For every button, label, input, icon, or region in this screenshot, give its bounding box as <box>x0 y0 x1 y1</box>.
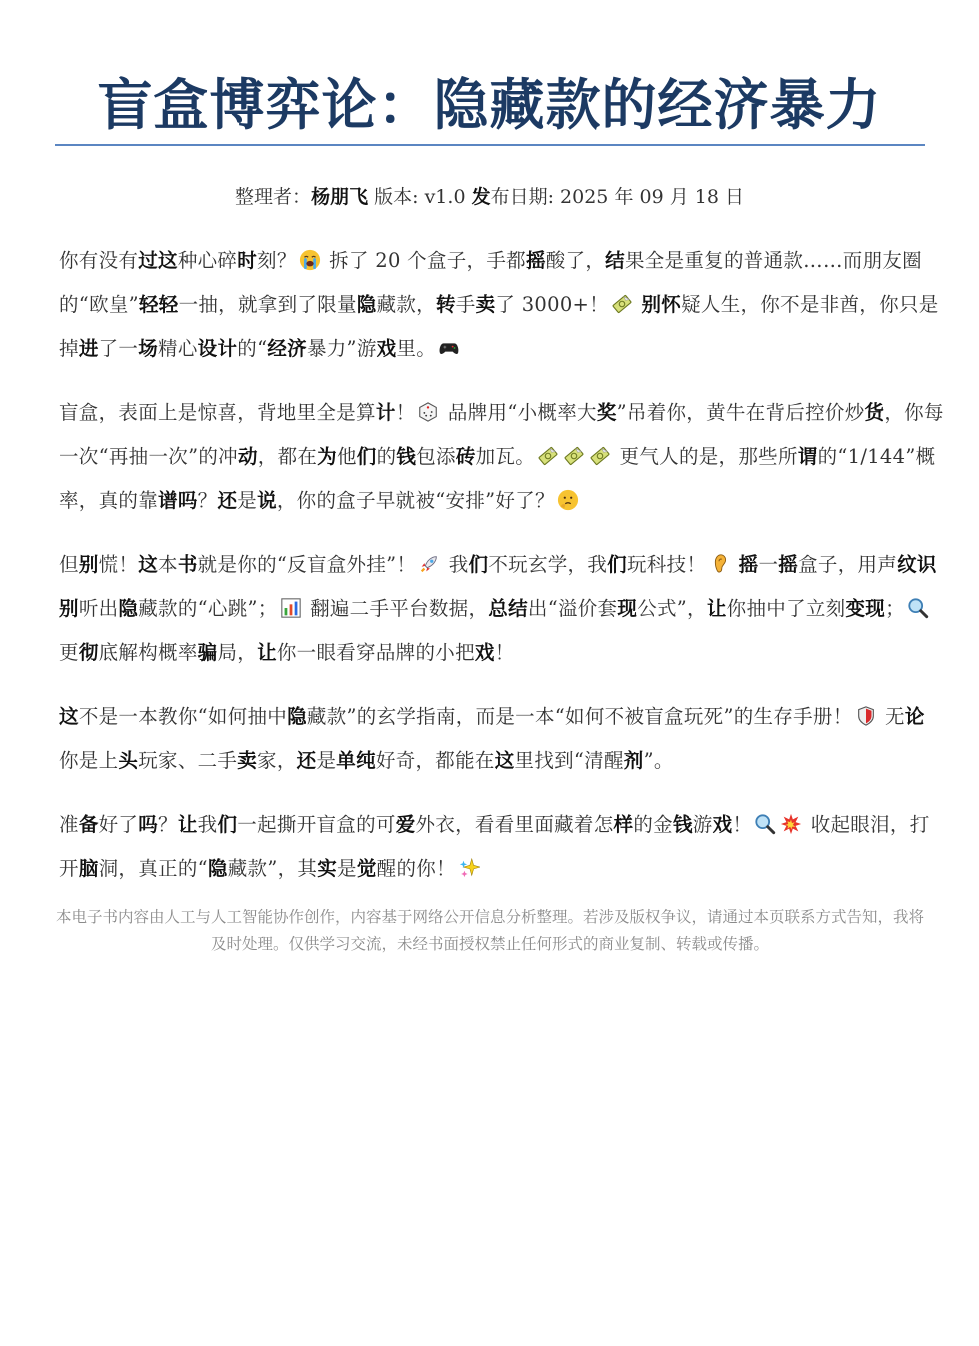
emphasis-text: 时 <box>237 249 257 272</box>
body-text-run: 加瓦。 <box>476 445 535 468</box>
emphasis-text: 别 <box>79 553 99 576</box>
body-text-run: 你一眼看穿品牌的小把 <box>277 641 475 664</box>
emphasis-text: 实 <box>317 857 337 880</box>
body-text-run: 品牌用“小概率大 <box>441 401 596 424</box>
body-text-run: ！ <box>396 401 416 424</box>
paragraph: 这不是一本教你“如何抽中隐藏款”的玄学指南，而是一本“如何不被盲盒玩死”的生存手… <box>59 695 944 783</box>
money-with-wings-icon <box>537 445 559 467</box>
emphasis-text: 备 <box>79 813 99 836</box>
emphasis-text: 这 <box>59 705 79 728</box>
emphasis-text: 货 <box>865 401 885 424</box>
body-text-run: 好了 <box>99 813 139 836</box>
body-text-run: 你是上 <box>59 749 118 772</box>
emphasis-text: 转 <box>436 293 456 316</box>
body-text-run: 玩科技！ <box>627 553 706 576</box>
publish-date: 2025 年 09 月 18 日 <box>560 186 744 208</box>
body-text-run: 但 <box>59 553 79 576</box>
body-text-run: 里。 <box>396 337 436 360</box>
body-text-run: 公式”， <box>637 597 707 620</box>
emphasis-text: 说 <box>257 489 277 512</box>
body-text-run: 精心 <box>158 337 198 360</box>
body-text-run: 拆了 20 个盒子，手都 <box>323 249 526 272</box>
emphasis-text: 骗 <box>198 641 218 664</box>
emphasis-text: 还 <box>217 489 237 512</box>
body-text-run: 种心碎 <box>178 249 237 272</box>
body-text-run: 我 <box>442 553 468 576</box>
emphasis-text: 书 <box>178 553 198 576</box>
body-text-run: 一抽，就拿到了限量 <box>179 293 357 316</box>
paragraph: 盲盒，表面上是惊喜，背地里全是算计！ 品牌用“小概率大奖”吊着你，黄牛在背后控价… <box>59 391 944 523</box>
body-text-run: 盲盒，表面上是惊喜，背地里全是算 <box>59 401 376 424</box>
ear-icon <box>708 553 730 575</box>
emphasis-text: 进 <box>79 337 99 360</box>
emphasis-text: 样 <box>614 813 634 836</box>
body-text-run: ”。 <box>644 749 674 772</box>
body-text-run: 一 <box>758 553 778 576</box>
body-text-run: 更 <box>59 641 79 664</box>
emphasis-text: 吗 <box>138 813 158 836</box>
emphasis-text: 轻轻 <box>139 293 179 316</box>
body-text-run: 是 <box>337 857 357 880</box>
emphasis-text: 过这 <box>138 249 178 272</box>
emphasis-text: 这 <box>138 553 158 576</box>
emphasis-text: 让 <box>257 641 277 664</box>
body-text-run: ！ <box>495 641 515 664</box>
body-text-run: 我 <box>198 813 218 836</box>
body-text-run: 就是你的“反盲盒外挂”！ <box>198 553 417 576</box>
collision-icon <box>780 813 802 835</box>
body-text-run: 慌！ <box>99 553 139 576</box>
magnifying-glass-icon <box>754 813 776 835</box>
emphasis-text: 这 <box>495 749 515 772</box>
body-text-run: 家， <box>257 749 297 772</box>
paragraph: 但别慌！这本书就是你的“反盲盒外挂”！ 我们不玩玄学，我们玩科技！ 摇一摇盒子，… <box>59 543 944 675</box>
body-text-run: 游 <box>693 813 713 836</box>
shield-icon <box>855 705 877 727</box>
bar-chart-icon <box>280 597 302 619</box>
body-text-run: 好奇，都能在 <box>376 749 495 772</box>
body-text-run: 出“溢价套 <box>528 597 617 620</box>
rocket-icon <box>418 553 440 575</box>
emphasis-text: 觉 <box>357 857 377 880</box>
body-text-run: 你抽中了立刻 <box>727 597 846 620</box>
emphasis-text: 摇 <box>778 553 798 576</box>
document-page: 盲盒博弈论：隐藏款的经济暴力 整理者：杨朋飞 版本: v1.0 发布日期: 20… <box>0 0 979 1346</box>
emphasis-text: 卖 <box>237 749 257 772</box>
emphasis-text: 钱 <box>396 445 416 468</box>
paragraph: 准备好了吗？让我们一起撕开盲盒的可爱外衣，看看里面藏着怎样的金钱游戏！ 收起眼泪… <box>59 803 944 891</box>
emphasis-text: 摇 <box>739 553 759 576</box>
thinking-face-icon <box>557 489 579 511</box>
page-title: 盲盒博弈论：隐藏款的经济暴力 <box>0 66 979 144</box>
emphasis-text: 彻 <box>79 641 99 664</box>
body-text-run: 不玩玄学，我 <box>488 553 607 576</box>
emphasis-text: 钱 <box>673 813 693 836</box>
document-meta: 整理者：杨朋飞 版本: v1.0 发布日期: 2025 年 09 月 18 日 <box>0 183 979 211</box>
emphasis-text: 设计 <box>198 337 238 360</box>
emphasis-text: 们 <box>217 813 237 836</box>
body-text-run: 的 <box>377 445 397 468</box>
emphasis-text: 谓 <box>798 445 818 468</box>
body-text-run: 准 <box>59 813 79 836</box>
body-text-run: 了 3000+！ <box>495 293 609 316</box>
emphasis-text: 结 <box>605 249 625 272</box>
emphasis-text: 现 <box>617 597 637 620</box>
magnifying-glass-icon <box>907 597 929 619</box>
body-text-run: 他 <box>337 445 357 468</box>
emphasis-text: 让 <box>178 813 198 836</box>
organizer-name: 杨朋飞 <box>311 186 368 208</box>
body-text-run: 的金 <box>633 813 673 836</box>
emphasis-text: 变现 <box>845 597 885 620</box>
version-label: 版本: <box>374 186 418 208</box>
body-text-run: 本 <box>158 553 178 576</box>
body-text-run: 里找到“清醒 <box>515 749 624 772</box>
sparkles-icon <box>458 857 480 879</box>
emphasis-text: 为 <box>317 445 337 468</box>
emphasis-text: 戏 <box>475 641 495 664</box>
body-text-run: ”吊着你，黄牛在背后控价炒 <box>617 401 865 424</box>
body-text-run: 外衣，看看里面藏着怎 <box>416 813 614 836</box>
body-text-run: ？ <box>158 813 178 836</box>
emphasis-text: 头 <box>118 749 138 772</box>
money-with-wings-icon <box>563 445 585 467</box>
body-text-run: 不是一本教你“如何抽中 <box>79 705 287 728</box>
disclaimer: 本电子书内容由人工与人工智能协作创作，内容基于网络公开信息分析整理。若涉及版权争… <box>55 904 925 958</box>
body-text-run: 一起撕开盲盒的可 <box>237 813 395 836</box>
emphasis-text: 摇 <box>526 249 546 272</box>
emphasis-text: 隐 <box>118 597 138 620</box>
emphasis-text: 们 <box>607 553 627 576</box>
body-text-run: ？ <box>198 489 218 512</box>
body-text-run: 是 <box>237 489 257 512</box>
body-text-run: 你有没有 <box>59 249 138 272</box>
emphasis-text: 场 <box>138 337 158 360</box>
emphasis-text: 砖 <box>456 445 476 468</box>
body-text-run: 盒子，用声 <box>798 553 897 576</box>
body-text: 你有没有过这种心碎时刻？ 拆了 20 个盒子，手都摇酸了，结果全是重复的普通款…… <box>59 239 944 911</box>
body-text-run: 手 <box>456 293 476 316</box>
video-game-controller-icon <box>438 337 460 359</box>
emphasis-text: 们 <box>357 445 377 468</box>
body-text-run: 底解构概率 <box>99 641 198 664</box>
emphasis-text: 单纯 <box>336 749 376 772</box>
version-value: v1.0 <box>425 186 466 208</box>
body-text-run: 听出 <box>79 597 119 620</box>
body-text-run: 藏款”，其 <box>228 857 317 880</box>
money-with-wings-icon <box>589 445 611 467</box>
body-text-run: 洞，真正的“ <box>99 857 208 880</box>
emphasis-text: 奖 <box>597 401 617 424</box>
paragraph: 你有没有过这种心碎时刻？ 拆了 20 个盒子，手都摇酸了，结果全是重复的普通款…… <box>59 239 944 371</box>
game-die-icon <box>417 401 439 423</box>
body-text-run: 翻遍二手平台数据， <box>304 597 489 620</box>
body-text-run: 藏款”的玄学指南，而是一本“如何不被盲盒玩死”的生存手册！ <box>307 705 853 728</box>
body-text-run: 刻？ <box>257 249 297 272</box>
body-text-run: ，都在 <box>258 445 317 468</box>
emphasis-text: 剂 <box>624 749 644 772</box>
loudly-crying-face-icon <box>299 249 321 271</box>
emphasis-text: 还 <box>297 749 317 772</box>
emphasis-text: 隐 <box>287 705 307 728</box>
body-text-run: ，你的盒子早就被“安排”好了？ <box>277 489 555 512</box>
emphasis-text: 别怀 <box>642 293 682 316</box>
money-with-wings-icon <box>611 293 633 315</box>
body-text-run: 无 <box>879 705 905 728</box>
emphasis-text: 爱 <box>396 813 416 836</box>
body-text-run: 了一 <box>99 337 139 360</box>
emphasis-text: 戏 <box>377 337 397 360</box>
body-text-run: 玩家、二手 <box>138 749 237 772</box>
body-text-run: ！ <box>732 813 752 836</box>
body-text-run: 更气人的是，那些所 <box>613 445 798 468</box>
emphasis-text: 计 <box>376 401 396 424</box>
emphasis-text: 隐 <box>208 857 228 880</box>
emphasis-text: 脑 <box>79 857 99 880</box>
emphasis-text: 论 <box>905 705 925 728</box>
body-text-run: ； <box>885 597 905 620</box>
organizer-label: 整理者： <box>235 186 311 208</box>
emphasis-text: 戏 <box>713 813 733 836</box>
emphasis-text: 隐 <box>357 293 377 316</box>
emphasis-text: 经济 <box>267 337 307 360</box>
emphasis-text: 卖 <box>476 293 496 316</box>
emphasis-text: 总结 <box>488 597 528 620</box>
body-text-run: 醒的你！ <box>377 857 456 880</box>
body-text-run: 包添 <box>416 445 456 468</box>
body-text-run: 暴力”游 <box>307 337 377 360</box>
emphasis-text: 们 <box>469 553 489 576</box>
body-text-run: 是 <box>316 749 336 772</box>
body-text-run: 藏款的“心跳”； <box>138 597 277 620</box>
emphasis-text: 动 <box>238 445 258 468</box>
title-divider <box>55 144 925 146</box>
date-label: 布日期: <box>491 186 554 208</box>
body-text-run: 酸了， <box>546 249 605 272</box>
body-text-run: 的“ <box>237 337 267 360</box>
date-label-bold: 发 <box>472 186 491 208</box>
body-text-run: 藏款， <box>377 293 436 316</box>
body-text-run: 局， <box>217 641 257 664</box>
emphasis-text: 让 <box>707 597 727 620</box>
emphasis-text: 谱吗 <box>158 489 198 512</box>
